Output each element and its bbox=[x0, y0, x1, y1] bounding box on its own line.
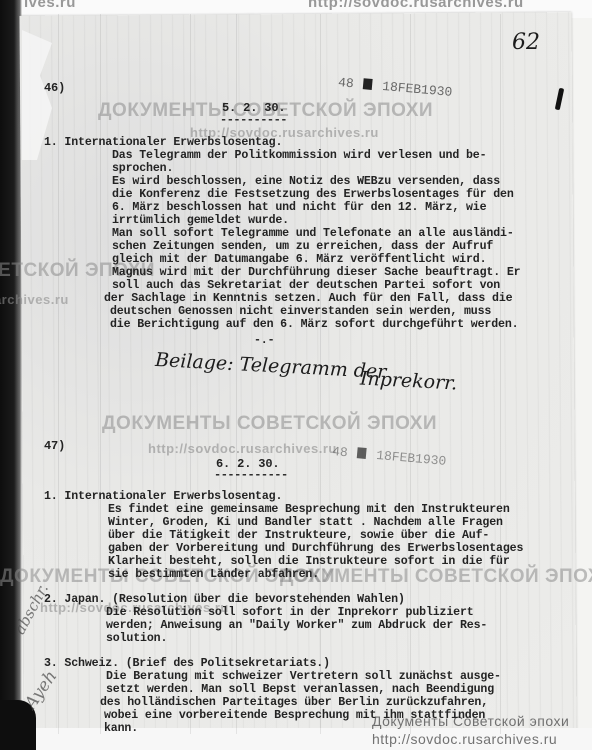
item-heading: 2. Japan. (Resolution über die bevorsteh… bbox=[44, 593, 405, 606]
section-separator: -.- bbox=[254, 334, 274, 347]
body-line: setzt werden. Man soll Bepst veranlassen… bbox=[106, 683, 494, 696]
body-line: solution. bbox=[106, 632, 167, 645]
body-line: der Sachlage in Kenntnis setzen. Auch fü… bbox=[104, 292, 512, 305]
body-line: soll auch das Sekretariat der deutschen … bbox=[112, 279, 500, 292]
entry-number: 47) bbox=[44, 440, 65, 453]
date-underline: ----------- bbox=[214, 469, 288, 482]
body-line: schen Zeitungen senden, um zu erreichen,… bbox=[112, 240, 493, 253]
entry-number: 46) bbox=[44, 82, 65, 95]
stamp-box-icon bbox=[357, 447, 367, 459]
body-line: Die Resolution soll sofort in der Inprek… bbox=[106, 606, 474, 619]
body-line: gaben der Vorbereitung und Durchführung … bbox=[108, 542, 523, 555]
paper-fold-line bbox=[100, 14, 101, 734]
body-line: kann. bbox=[104, 722, 138, 735]
body-line: sprochen. bbox=[112, 162, 173, 175]
paper-fold-line bbox=[58, 14, 59, 734]
body-line: die Konferenz die Festsetzung des Erwerb… bbox=[112, 188, 514, 201]
body-line: gleich mit der Datumangabe 6. März veröf… bbox=[112, 253, 486, 266]
body-line: sie bestimmten Länder abfahren. bbox=[108, 568, 319, 581]
page-number: 62 bbox=[512, 30, 540, 55]
body-line: des holländischen Parteitages über Berli… bbox=[100, 696, 488, 709]
body-line: Man soll sofort Telegramme und Telefonat… bbox=[112, 227, 514, 240]
item-heading: 3. Schweiz. (Brief des Politsekretariats… bbox=[44, 657, 330, 670]
body-line: Winter, Groden, Ki und Bandler statt . N… bbox=[108, 516, 503, 529]
scan-border-left bbox=[0, 0, 22, 750]
item-heading: 1. Internationaler Erwerbslosentag. bbox=[44, 490, 282, 503]
body-line: die Berichtigung auf den 6. März sofort … bbox=[110, 318, 518, 331]
body-line: Es findet eine gemeinsame Besprechung mi… bbox=[108, 503, 510, 516]
body-line: über die Tätigkeit der Instrukteure, sow… bbox=[108, 529, 489, 542]
body-line: 6. März beschlossen hat und nicht für de… bbox=[112, 201, 486, 214]
body-line: Die Beratung mit schweizer Vertretern so… bbox=[106, 670, 501, 683]
body-line: wobei eine vorbereitende Besprechung mit… bbox=[104, 709, 485, 722]
body-line: Klarheit besteht, sollen die Instrukteur… bbox=[108, 555, 510, 568]
stamp-box-icon bbox=[363, 78, 373, 90]
body-line: werden; Anweisung an "Daily Worker" zum … bbox=[106, 619, 487, 632]
body-line: Magnus wird mit der Durchführung dieser … bbox=[112, 266, 520, 279]
body-line: deutschen Genossen nicht einverstanden s… bbox=[110, 305, 491, 318]
body-line: Es wird beschlossen, eine Notiz des WEBz… bbox=[112, 175, 500, 188]
body-line: Das Telegramm der Politkommission wird v… bbox=[112, 149, 486, 162]
date-underline: ---------- bbox=[220, 114, 287, 127]
scanned-document-page: ives.ru http://sovdoc.rusarchives.ru ДОК… bbox=[0, 0, 592, 750]
body-line: irrtümlich gemeldet wurde. bbox=[112, 214, 289, 227]
item-heading: 1. Internationaler Erwerbslosentag. bbox=[44, 136, 282, 149]
paper-fold-line bbox=[500, 14, 501, 734]
